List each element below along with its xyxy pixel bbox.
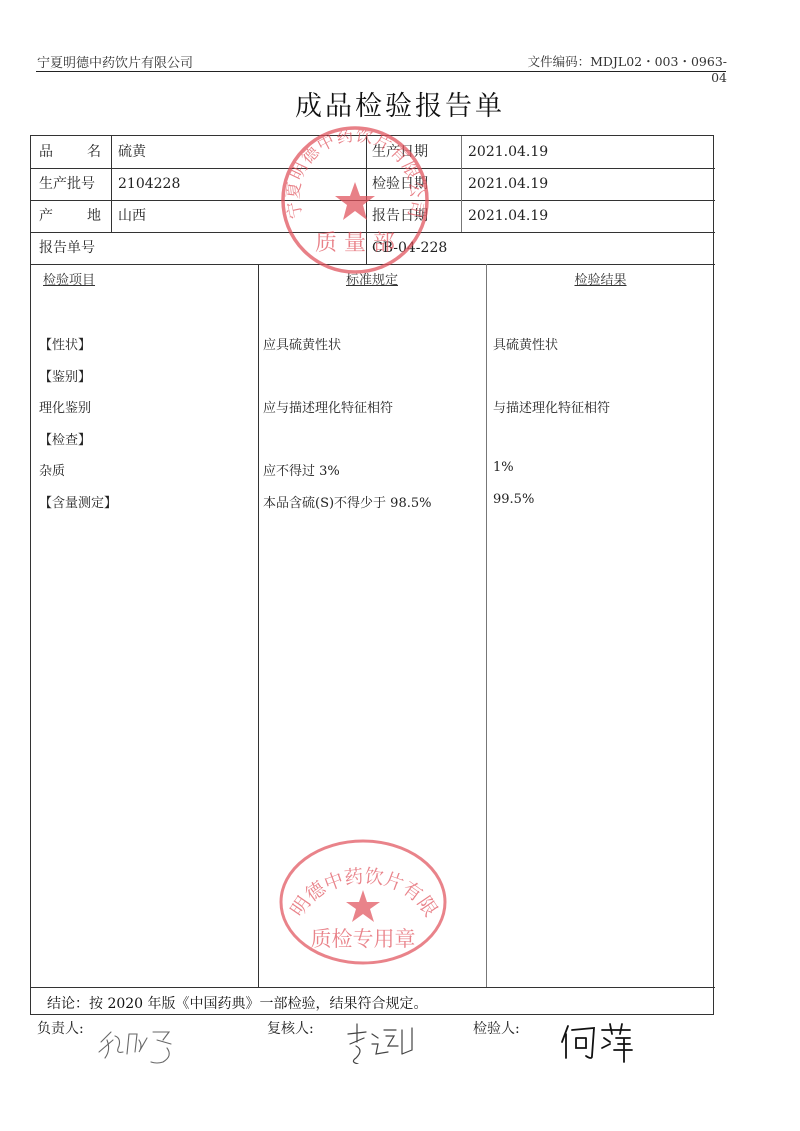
column-header-standard: 标准规定 — [258, 269, 486, 288]
test-date-label: 检验日期 — [372, 168, 428, 200]
reviewer-signature — [342, 1020, 422, 1064]
col-divider — [486, 264, 487, 987]
row-standard-cell: 应不得过 3% — [263, 460, 340, 479]
row-result-cell: 1% — [493, 460, 514, 475]
col-divider — [461, 136, 462, 232]
origin-value: 山西 — [118, 200, 146, 232]
company-name: 宁夏明德中药饮片有限公司 — [37, 52, 193, 71]
row-item-cell: 理化鉴别 — [39, 397, 91, 416]
column-header-result: 检验结果 — [486, 269, 715, 288]
batch-value: 2104228 — [118, 168, 180, 200]
row-item-cell: 【含量测定】 — [39, 492, 117, 511]
batch-label: 生产批号 — [39, 168, 95, 200]
row-divider — [31, 264, 715, 265]
report-number-label: 报告单号 — [39, 232, 95, 264]
inspector-label: 检验人: — [473, 1018, 520, 1038]
row-item-cell: 【鉴别】 — [39, 366, 91, 385]
conclusion-text: 结论：按 2020 年版《中国药典》一部检验，结果符合规定。 — [47, 993, 428, 1013]
row-item-cell: 杂质 — [39, 460, 65, 479]
row-item-cell: 【性状】 — [39, 334, 91, 353]
product-name-value: 硫黄 — [118, 136, 146, 168]
production-date-label: 生产日期 — [372, 136, 428, 168]
col-divider — [366, 136, 367, 264]
responsible-person-label: 负责人: — [37, 1018, 84, 1038]
report-date-value: 2021.04.19 — [468, 200, 548, 232]
inspector-signature — [558, 1018, 638, 1064]
column-header-item: 检验项目 — [43, 269, 95, 288]
row-standard-cell: 应与描述理化特征相符 — [263, 397, 393, 416]
row-item-cell: 【检查】 — [39, 429, 91, 448]
origin-label: 产地 — [39, 200, 101, 232]
report-date-label: 报告日期 — [372, 200, 428, 232]
responsible-signature — [95, 1018, 185, 1066]
product-name-label: 品名 — [39, 136, 101, 168]
document-code: 文件编码：MDJL02・003・0963-04 — [517, 52, 727, 85]
row-standard-cell: 应具硫黄性状 — [263, 334, 341, 353]
page-title: 成品检验报告单 — [0, 84, 800, 123]
reviewer-label: 复核人: — [267, 1018, 314, 1038]
production-date-value: 2021.04.19 — [468, 136, 548, 168]
row-divider — [31, 987, 715, 988]
col-divider — [111, 136, 112, 232]
header-divider — [36, 71, 726, 72]
report-number-value: CB-04-228 — [372, 232, 447, 264]
row-result-cell: 具硫黄性状 — [493, 334, 558, 353]
row-result-cell: 与描述理化特征相符 — [493, 397, 610, 416]
row-standard-cell: 本品含硫(S)不得少于 98.5% — [263, 492, 431, 511]
row-result-cell: 99.5% — [493, 492, 534, 507]
report-table: 品名 硫黄 生产日期 2021.04.19 生产批号 2104228 检验日期 … — [30, 135, 714, 1015]
col-divider — [258, 264, 259, 987]
test-date-value: 2021.04.19 — [468, 168, 548, 200]
